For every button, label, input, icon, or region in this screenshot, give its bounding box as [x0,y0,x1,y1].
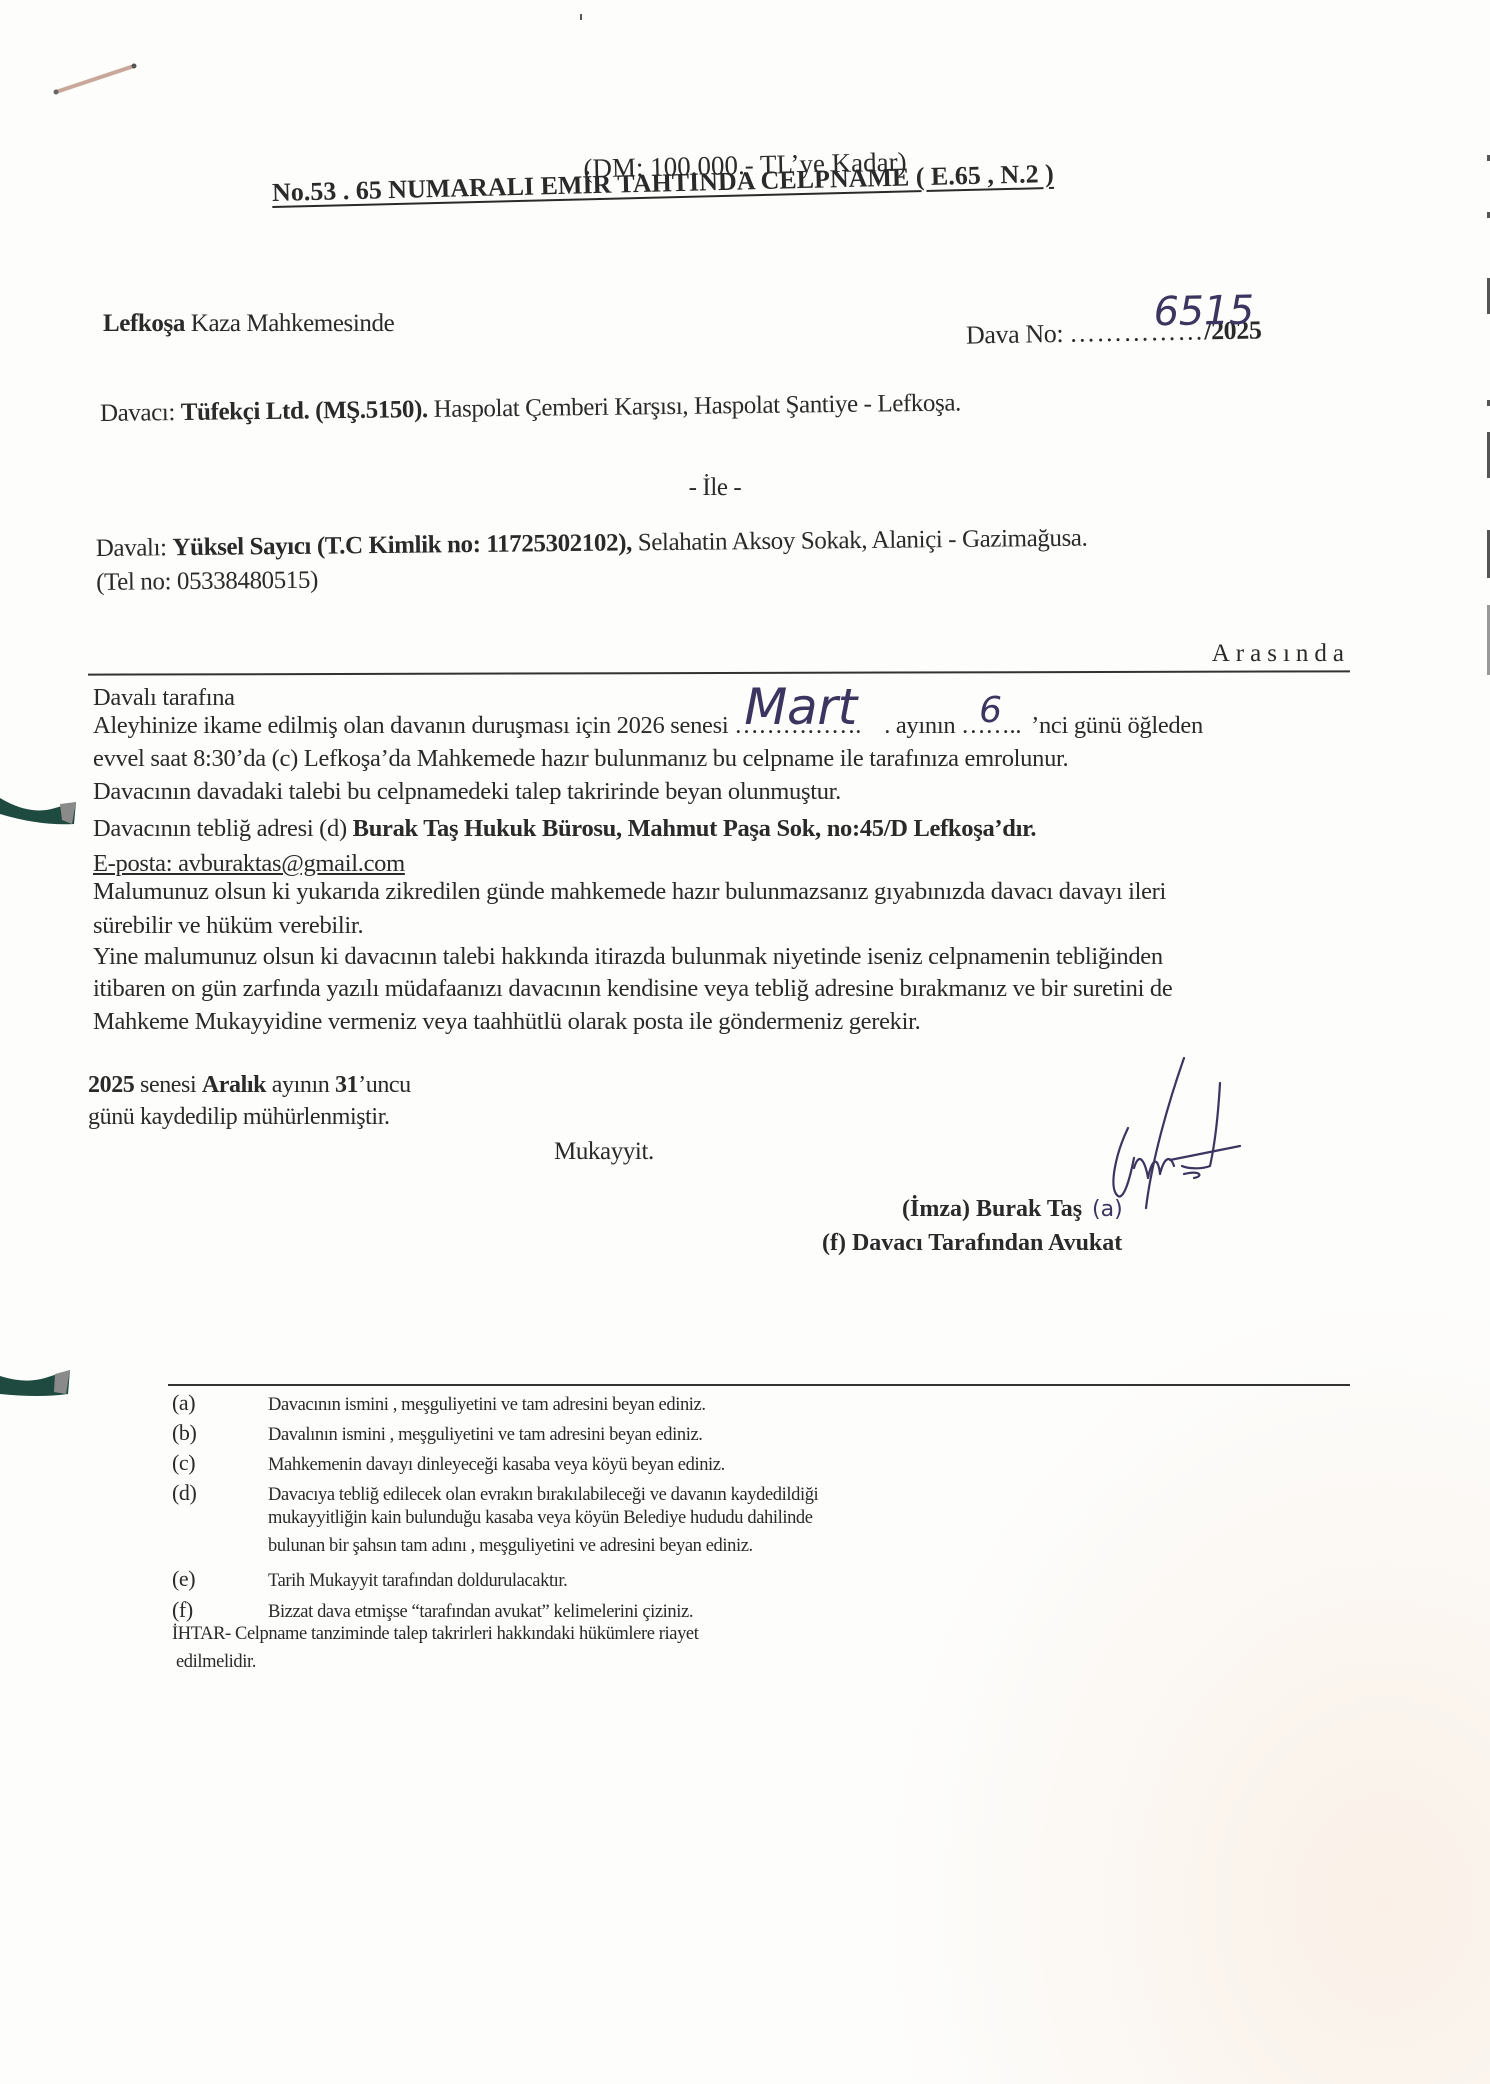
body-line: Malumunuz olsun ki yukarıda zikredilen g… [93,878,1166,906]
footnote-text: Tarih Mukayyit tarafından doldurulacaktı… [268,1571,567,1591]
body-line: itibaren on gün zarfında yazılı müdafaan… [93,975,1172,1003]
divider [88,670,1350,675]
defendant-block: Davalı: Yüksel Sayıcı (T.C Kimlik no: 11… [96,522,1088,600]
signatory-name: (İmza) Burak Taş(a) [902,1196,1123,1223]
registrar-label: Mukayyit. [554,1138,654,1166]
signatory-role: (f) Davacı Tarafından Avukat [822,1230,1122,1257]
body-line: Davacının davadaki talebi bu celpnamedek… [93,778,841,806]
footnote-d-cont: mukayyitliğin kain bulunduğu kasaba veya… [268,1508,813,1529]
footnote-key: (c) [172,1450,268,1476]
hearing-month-field: …………….Mart [734,712,884,740]
footnote-divider [168,1384,1350,1386]
binding-string-icon [0,790,80,830]
footnote-text: Davacıya tebliğ edilecek olan evrakın bı… [268,1485,818,1505]
case-number: Dava No: ……………/2025 6515 [966,315,1262,350]
registration-year: 2025 [88,1072,134,1098]
footnote-text: Mahkemenin davayı dinleyeceği kasaba vey… [268,1455,725,1475]
footnote-d-cont: bulunan bir şahsın tam adını , meşguliye… [268,1536,753,1557]
footnote-key: (d) [172,1480,268,1506]
footnote-a: (a)Davacının ismini , meşguliyetini ve t… [172,1390,706,1416]
footnote-key: (e) [172,1566,268,1592]
body-text: senesi [134,1072,201,1098]
registration-month: Aralık [202,1072,266,1098]
service-address-line: Davacının tebliğ adresi (d) Burak Taş Hu… [93,815,1036,843]
court-line: Lefkoşa Kaza Mahkemesinde [103,310,394,338]
body-line: Yine malumunuz olsun ki davacının talebi… [93,943,1163,971]
defendant-address: Selahatin Aksoy Sokak, Alaniçi - Gazimağ… [632,525,1088,557]
pencil-mark-icon [50,58,150,98]
plaintiff-address: Haspolat Çemberi Karşısı, Haspolat Şanti… [428,389,961,423]
court-name: Kaza Mahkemesinde [191,310,395,337]
parties-separator: - İle - [0,474,1430,502]
service-address: Burak Taş Hukuk Bürosu, Mahmut Paşa Sok,… [353,815,1037,842]
hearing-date-line: Aleyhinize ikame edilmiş olan davanın du… [93,712,1203,740]
footnote-key: (f) [172,1597,268,1623]
registration-day: 31 [335,1072,358,1098]
hearing-day-handwritten: 6 [979,690,1002,731]
body-text: ’uncu [358,1072,411,1098]
body-text: ayının [266,1072,335,1098]
plaintiff-label: Davacı: [100,399,181,427]
footnote-b: (b)Davalının ismini , meşguliyetini ve t… [172,1420,703,1446]
body-text: . ayının [884,712,961,739]
footnote-text: Davalının ismini , meşguliyetini ve tam … [268,1425,703,1445]
body-line: Mahkeme Mukayyidine vermeniz veya taahhü… [93,1008,920,1036]
hearing-day-field: ……..6 [961,712,1031,740]
email-line: E-posta: avburaktas@gmail.com [93,850,405,878]
footnote-c: (c)Mahkemenin davayı dinleyeceği kasaba … [172,1450,725,1476]
court-city: Lefkoşa [103,310,185,337]
scan-edge-marks [1484,130,1490,690]
footnote-key: (b) [172,1420,268,1446]
body-text: Aleyhinize ikame edilmiş olan davanın du… [93,712,734,739]
signature-icon [1090,1048,1250,1218]
footnote-text: Bizzat dava etmişse “tarafından avukat” … [268,1602,693,1622]
defendant-name: Yüksel Sayıcı (T.C Kimlik no: 1172530210… [172,529,632,561]
defendant-label: Davalı: [96,534,173,562]
footnote-key: (a) [172,1390,268,1416]
footnote-f: (f)Bizzat dava etmişse “tarafından avuka… [172,1597,693,1623]
case-number-label: Dava No: [966,319,1070,350]
paper-speck [580,14,582,20]
binding-string-icon [0,1364,80,1404]
plaintiff-name: Tüfekçi Ltd. (MŞ.5150). [181,396,428,426]
body-line: Davalı tarafına [93,684,235,712]
body-text: ’nci günü öğleden [1031,712,1203,739]
hearing-month-handwritten: Mart [744,678,857,736]
registration-date-line: 2025 senesi Aralık ayının 31’uncu [88,1072,411,1099]
warning-line: İHTAR- Celpname tanziminde talep takrirl… [172,1624,698,1645]
signatory-name-text: (İmza) Burak Taş [902,1196,1082,1222]
footnote-text: Davacının ismini , meşguliyetini ve tam … [268,1395,706,1415]
between-label: Arasında [1212,640,1350,668]
body-text: Davacının tebliğ adresi (d) [93,815,353,842]
registration-line: günü kaydedilip mühürlenmiştir. [88,1104,390,1131]
case-number-handwritten: 6515 [1153,288,1254,336]
warning-line: edilmelidir. [176,1652,256,1673]
body-line: evvel saat 8:30’da (c) Lefkoşa’da Mahkem… [93,745,1068,773]
paper-stain [790,1184,1490,2084]
footnote-e: (e)Tarih Mukayyit tarafından doldurulaca… [172,1566,567,1592]
signatory-hand-mark: (a) [1092,1197,1123,1222]
body-line: sürebilir ve hüküm verebilir. [93,912,363,940]
footnote-d: (d)Davacıya tebliğ edilecek olan evrakın… [172,1480,818,1506]
plaintiff-line: Davacı: Tüfekçi Ltd. (MŞ.5150). Haspolat… [100,389,961,428]
